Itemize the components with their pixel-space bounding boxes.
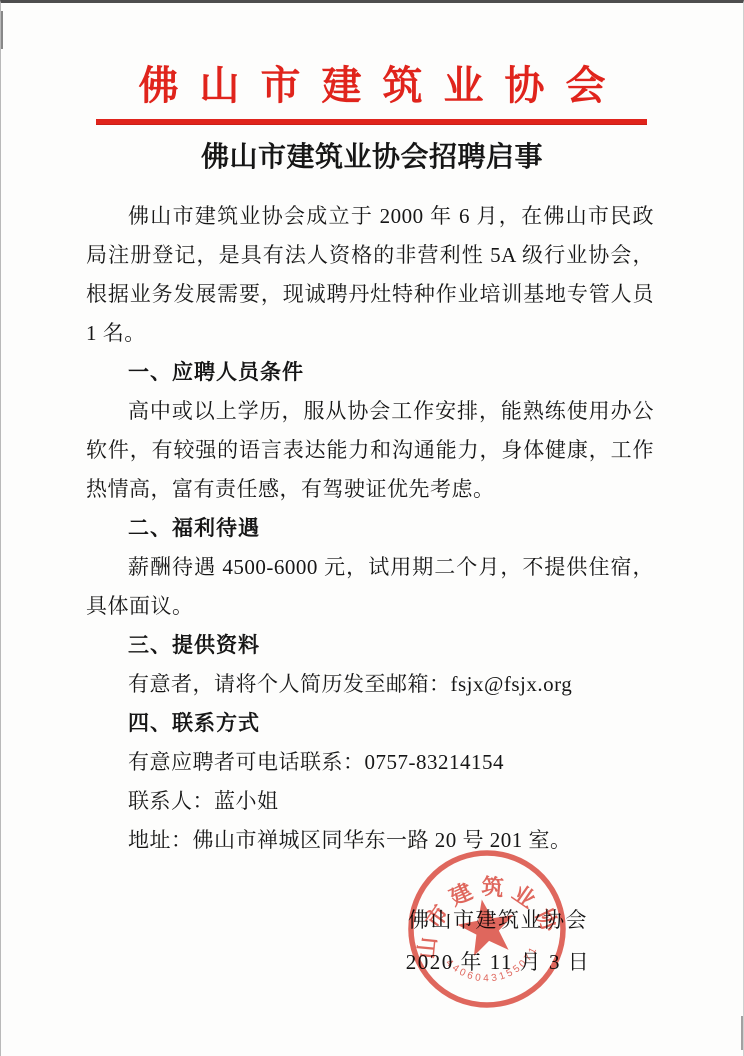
seal-registration-code: 4406043155071 xyxy=(442,942,545,992)
section-3-paragraph: 有意者，请将个人简历发至邮箱：fsjx@fsjx.org xyxy=(86,665,654,704)
section-heading-4: 四、联系方式 xyxy=(86,704,654,743)
scan-edge-artifact-right xyxy=(741,1016,743,1050)
contact-phone-line: 有意应聘者可电话联系：0757-83214154 xyxy=(86,743,654,782)
contact-address-line: 地址：佛山市禅城区同华东一路 20 号 201 室。 xyxy=(86,821,654,860)
section-heading-2: 二、福利待遇 xyxy=(86,509,654,548)
section-heading-3: 三、提供资料 xyxy=(86,626,654,665)
section-2-paragraph: 薪酬待遇 4500-6000 元，试用期二个月，不提供住宿，具体面议。 xyxy=(86,548,654,626)
contact-person-line: 联系人：蓝小姐 xyxy=(86,782,654,821)
svg-text:4406043155071: 4406043155071 xyxy=(442,942,545,992)
letterhead-divider-rule xyxy=(96,119,647,125)
letterhead-org-name: 佛山市建筑业协会 xyxy=(1,63,743,109)
section-1-paragraph: 高中或以上学历，服从协会工作安排，能熟练使用办公软件，有较强的语言表达能力和沟通… xyxy=(86,392,654,509)
official-red-seal: 佛山市建筑业协会 4406043155071 xyxy=(383,825,592,1034)
scanned-document-page: 佛山市建筑业协会 佛山市建筑业协会招聘启事 佛山市建筑业协会成立于 2000 年… xyxy=(0,0,744,1056)
section-heading-1: 一、应聘人员条件 xyxy=(86,353,654,392)
scan-edge-artifact-left xyxy=(1,11,3,49)
document-title: 佛山市建筑业协会招聘启事 xyxy=(1,141,743,175)
seal-graphic: 佛山市建筑业协会 4406043155071 xyxy=(383,825,592,1034)
document-body: 佛山市建筑业协会成立于 2000 年 6 月，在佛山市民政局注册登记，是具有法人… xyxy=(86,197,654,860)
intro-paragraph: 佛山市建筑业协会成立于 2000 年 6 月，在佛山市民政局注册登记，是具有法人… xyxy=(86,197,654,353)
